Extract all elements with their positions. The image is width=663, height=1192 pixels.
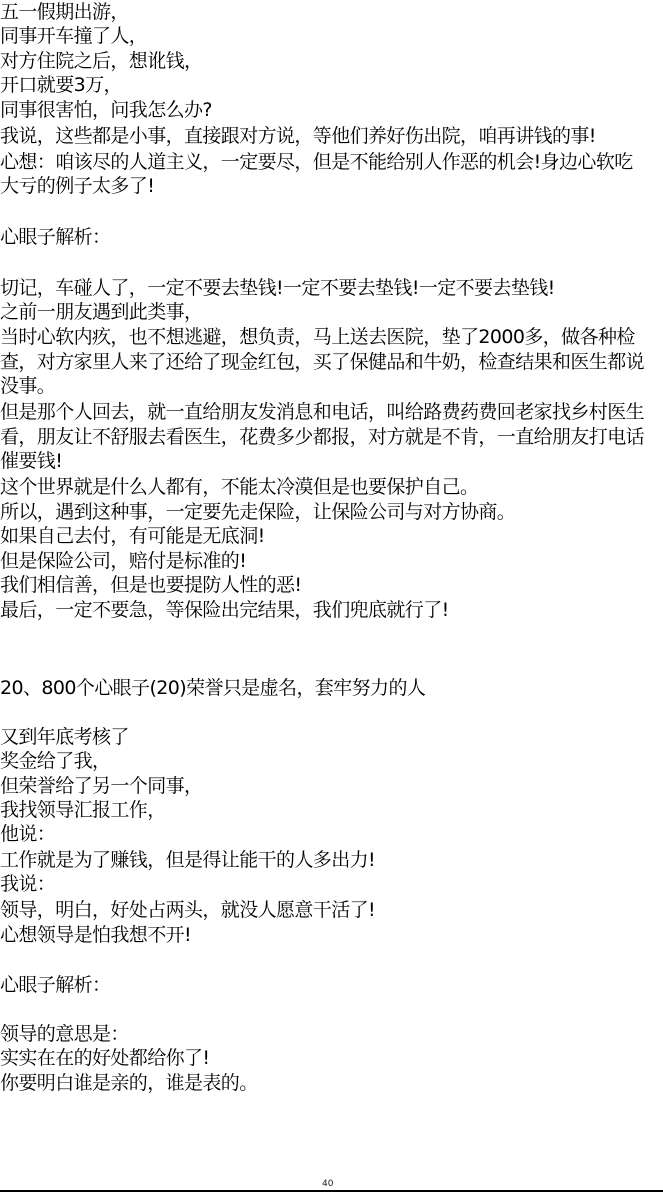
text-line: 开口就要3万， (0, 73, 122, 97)
text-line: 但是那个人回去，就一直给朋友发消息和电话，叫给路费药费回老家找乡村医生 (0, 400, 644, 424)
text-line: 之前一朋友遇到此类事， (0, 300, 202, 324)
chapter-title: 20、800个心眼子(20)荣誉只是虚名，套牢努力的人 (0, 676, 425, 700)
text-line: 他说： (0, 822, 55, 846)
text-line: 奖金给了我， (0, 749, 110, 773)
text-line: 但荣誉给了另一个同事， (0, 774, 202, 798)
text-line: 大亏的例子太多了! (0, 174, 154, 198)
text-line: 我说： (0, 872, 55, 896)
text-line: 同事很害怕，问我怎么办? (0, 98, 212, 122)
text-line: 这个世界就是什么人都有，不能太冷漠但是也要保护自己。 (0, 475, 478, 499)
section-heading: 心眼子解析： (0, 973, 110, 997)
text-line: 我找领导汇报工作， (0, 798, 166, 822)
text-line: 领导的意思是： (0, 1022, 129, 1046)
text-line: 但是保险公司，赔付是标准的! (0, 549, 246, 573)
text-line: 所以，遇到这种事，一定要先走保险，让保险公司与对方协商。 (0, 500, 515, 524)
text-line: 同事开车撞了人， (0, 24, 147, 48)
text-line: 又到年底考核了 (0, 725, 129, 749)
text-line: 切记，车碰人了，一定不要去垫钱!一定不要去垫钱!一定不要去垫钱! (0, 276, 555, 300)
text-line: 没事。 (0, 374, 55, 398)
text-line: 最后，一定不要急，等保险出完结果，我们兜底就行了! (0, 598, 449, 622)
text-line: 看，朋友让不舒服去看医生，花费多少都报，对方就是不肯，一直给朋友打电话 (0, 425, 644, 449)
text-line: 工作就是为了赚钱，但是得让能干的人多出力! (0, 848, 375, 872)
text-line: 领导，明白，好处占两头，就没人愿意干活了! (0, 898, 375, 922)
text-line: 对方住院之后，想讹钱， (0, 49, 202, 73)
text-line: 当时心软内疚，也不想逃避，想负责，马上送去医院，垫了2000多，做各种检 (0, 325, 635, 349)
text-line: 我们相信善，但是也要提防人性的恶! (0, 573, 301, 597)
text-line: 如果自己去付，有可能是无底洞! (0, 524, 265, 548)
text-line: 心想领导是怕我想不开! (0, 923, 191, 947)
text-line: 我说，这些都是小事，直接跟对方说，等他们养好伤出院，咱再讲钱的事! (0, 124, 596, 148)
section-heading: 心眼子解析： (0, 225, 110, 249)
text-line: 心想：咱该尽的人道主义，一定要尽，但是不能给别人作恶的机会!身边心软吃 (0, 150, 633, 174)
text-line: 实实在在的好处都给你了! (0, 1046, 209, 1070)
text-line: 五一假期出游， (0, 0, 129, 24)
text-line: 催要钱! (0, 449, 62, 473)
page-number: 40 (322, 1179, 333, 1189)
text-line: 查，对方家里人来了还给了现金红包，买了保健品和牛奶，检查结果和医生都说 (0, 350, 644, 374)
text-line: 你要明白谁是亲的，谁是表的。 (0, 1071, 258, 1095)
